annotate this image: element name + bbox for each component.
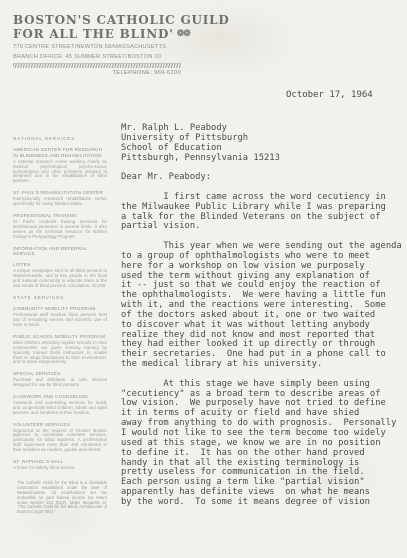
sidebar-section-state-services: STATE SERVICES — [13, 295, 107, 300]
sidebar-section-heading: AMERICAN CENTER FOR RESEARCH IN BLINDNES… — [13, 147, 107, 158]
letter-paragraph-3: At this stage we have simply been using … — [121, 380, 407, 508]
guild-seal-icon: ❁❁ — [177, 27, 190, 41]
sidebar-section-body: Purchase and distribute, at cost, device… — [13, 378, 107, 388]
sidebar-section-body: A unique newspaper sent to all blind per… — [13, 269, 107, 289]
sidebar-section-heading: ST. RAPHAEL'S HALL — [13, 459, 107, 464]
sidebar-section-listen: LISTEN A unique newspaper sent to all bl… — [13, 262, 107, 289]
sidebar-section-professional-training: PROFESSIONAL TRAINING St. Paul's conduct… — [13, 213, 107, 240]
sidebar-section-information-referral: INFORMATION AND REFERRAL SERVICE — [13, 246, 107, 257]
sidebar-section-heading: ST. PAUL'S REHABILITATION CENTER — [13, 190, 107, 195]
scanned-letter-page: BOSTON'S CATHOLIC GUILD FOR ALL THE BLIN… — [0, 0, 407, 558]
sidebar-section-american-center: AMERICAN CENTER FOR RESEARCH IN BLINDNES… — [13, 147, 107, 184]
sidebar-section-special-services: SPECIAL SERVICES Purchase and distribute… — [13, 371, 107, 388]
sidebar-section-body: Casework and counseling services for new… — [13, 401, 107, 416]
sidebar-section-heading: COMMUNITY MOBILITY PROGRAM — [13, 306, 107, 311]
letter-body: Mr. Ralph L. Peabody University of Pitts… — [121, 124, 407, 508]
sidebar-section-casework-counseling: CASEWORK AND COUNSELING Casework and cou… — [13, 394, 107, 416]
sidebar-section-body: Organized at the request of Greater Bost… — [13, 429, 107, 454]
sidebar-section-body: Internationally renowned rehabilitation … — [13, 197, 107, 207]
letter-date: October 17, 1964 — [286, 90, 373, 100]
letterhead-telephone: TELEPHONE: 969-6200 — [13, 70, 181, 76]
sidebar-section-body: Professional staff teaches blind persons… — [13, 313, 107, 328]
letter-paragraph-1: I first came across the word cecutiency … — [121, 193, 407, 232]
sidebar-section-body: St. Paul's conducts training seminars fo… — [13, 220, 107, 240]
salutation: Dear Mr. Peabody: — [121, 173, 407, 183]
sidebar-legal-note: The Catholic Guild for the Blind is a ch… — [13, 481, 107, 515]
sidebar-section-heading: PUBLIC SCHOOL MOBILITY PROGRAM — [13, 334, 107, 339]
letterhead-address-line2: BRANCH OFFICE: 45 SUMMER STREET/BOSTON 1… — [13, 54, 185, 61]
sidebar-section-body: A home for elderly blind women. — [13, 466, 107, 471]
letterhead: BOSTON'S CATHOLIC GUILD FOR ALL THE BLIN… — [13, 13, 185, 76]
letterhead-address-line1: 770 CENTRE STREET/NEWTON 58/MASSACHUSETT… — [13, 44, 185, 51]
sidebar-section-heading: STATE SERVICES — [13, 295, 107, 300]
organization-name-line1: BOSTON'S CATHOLIC GUILD — [13, 13, 185, 27]
sidebar-section-heading: INFORMATION AND REFERRAL SERVICE — [13, 246, 107, 257]
organization-name-line2: FOR ALL THE BLIND' — [13, 27, 174, 41]
services-sidebar: NATIONAL SERVICES AMERICAN CENTER FOR RE… — [13, 136, 107, 515]
sidebar-section-heading: CASEWORK AND COUNSELING — [13, 394, 107, 399]
letterhead-divider — [13, 63, 181, 68]
sidebar-section-st-pauls: ST. PAUL'S REHABILITATION CENTER Interna… — [13, 190, 107, 207]
letter-paragraph-2: This year when we were sending out the a… — [121, 242, 407, 370]
sidebar-section-heading: NATIONAL SERVICES — [13, 136, 107, 141]
sidebar-section-heading: LISTEN — [13, 262, 107, 267]
sidebar-section-heading: VOLUNTEER SERVICES — [13, 422, 107, 427]
recipient-address: Mr. Ralph L. Peabody University of Pitts… — [121, 124, 407, 163]
sidebar-section-body: Blind children attending regular schools… — [13, 341, 107, 366]
sidebar-section-heading: PROFESSIONAL TRAINING — [13, 213, 107, 218]
sidebar-section-public-school-mobility: PUBLIC SCHOOL MOBILITY PROGRAM Blind chi… — [13, 334, 107, 365]
sidebar-section-heading: SPECIAL SERVICES — [13, 371, 107, 376]
sidebar-section-body: A national research center working chief… — [13, 160, 107, 185]
sidebar-section-community-mobility: COMMUNITY MOBILITY PROGRAM Professional … — [13, 306, 107, 328]
sidebar-section-st-raphaels: ST. RAPHAEL'S HALL A home for elderly bl… — [13, 459, 107, 471]
sidebar-section-national-services: NATIONAL SERVICES — [13, 136, 107, 141]
sidebar-section-volunteer-services: VOLUNTEER SERVICES Organized at the requ… — [13, 422, 107, 453]
